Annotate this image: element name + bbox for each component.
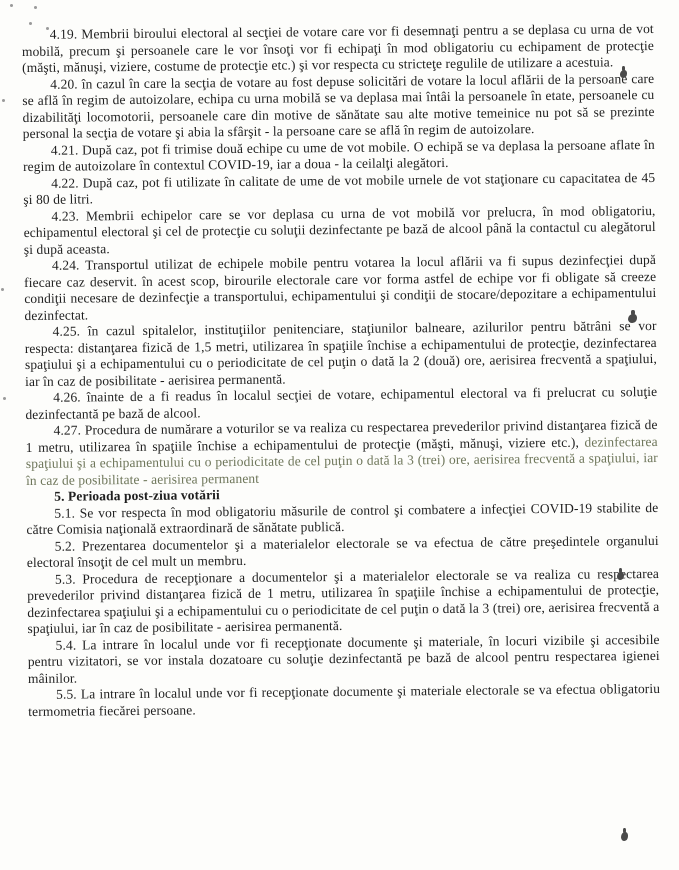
ink-speck-icon (621, 832, 628, 841)
corner-speck-icon (46, 27, 49, 30)
text-segment: 5.2. Prezentarea documentelor şi a mater… (27, 532, 659, 570)
paragraph-4-19: 4.19. Membrii biroului electoral al secţ… (22, 21, 654, 77)
paragraph-5-3: 5.3. Procedura de recepţionare a documen… (27, 565, 660, 637)
text-segment: 5.4. La intrare în localul unde vor fi r… (28, 631, 660, 685)
edge-speck-icon (2, 99, 5, 102)
edge-speck-icon (3, 397, 6, 400)
paragraph-4-24: 4.24. Transportul utilizat de echipele m… (24, 252, 657, 324)
scanned-document-page: 4.19. Membrii biroului electoral al secţ… (0, 0, 679, 870)
text-segment: 4.25. în cazul spitalelor, instituţiilor… (25, 318, 657, 389)
paragraph-4-23: 4.23. Membrii echipelor care se vor depl… (23, 202, 655, 258)
text-segment: 4.24. Transportul utilizat de echipele m… (24, 252, 656, 323)
text-segment: 5.3. Procedura de recepţionare a documen… (27, 565, 659, 636)
document-text-block: 4.19. Membrii biroului electoral al secţ… (22, 21, 661, 720)
text-segment: 4.20. în cazul în care la secţia de vota… (22, 70, 654, 141)
corner-speck-icon (34, 6, 37, 9)
edge-speck-icon (1, 288, 4, 291)
paragraph-4-27: 4.27. Procedura de numărare a voturilor … (25, 417, 658, 489)
corner-speck-icon (29, 22, 32, 25)
text-segment: 4.21. După caz, pot fi trimise două echi… (23, 136, 655, 174)
paragraph-5-4: 5.4. La intrare în localul unde vor fi r… (28, 631, 660, 687)
text-segment: 4.22. După caz, pot fi utilizate în cali… (23, 169, 655, 207)
text-segment: 4.27. Procedura de numărare a voturilor … (26, 417, 658, 455)
text-segment: 4.26. înainte de a fi readus în localul … (25, 384, 657, 422)
text-segment: 4.23. Membrii echipelor care se vor depl… (24, 202, 656, 256)
paragraph-4-20: 4.20. în cazul în care la secţia de vota… (22, 70, 655, 142)
text-segment: 5.5. La intrare în localul unde vor fi r… (28, 681, 660, 719)
paragraph-5-5: 5.5. La intrare în localul unde vor fi r… (28, 681, 660, 720)
text-segment: 5. Perioada post-ziua votării (54, 487, 220, 504)
corner-speck-icon (10, 4, 13, 7)
paragraph-4-25: 4.25. în cazul spitalelor, instituţiilor… (25, 318, 658, 390)
text-segment: 4.19. Membrii biroului electoral al secţ… (22, 21, 654, 75)
text-segment: 5.1. Se vor respecta în mod obligatoriu … (26, 499, 658, 537)
